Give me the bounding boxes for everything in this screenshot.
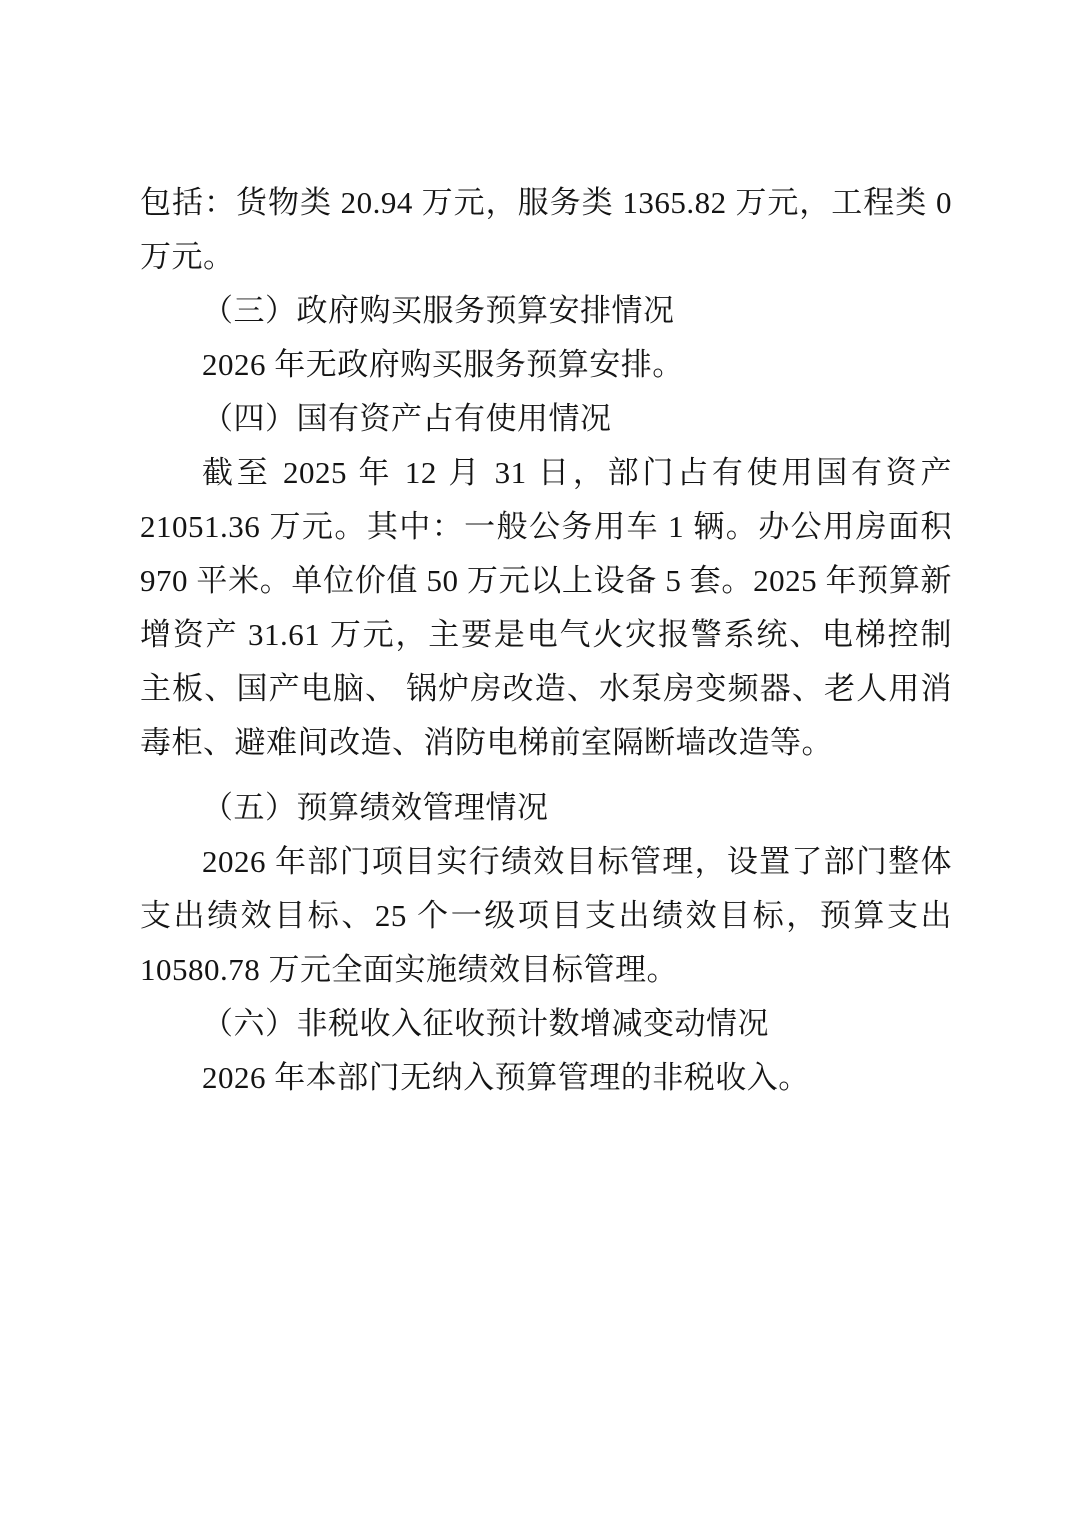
paragraph-gov-purchase-services-statement: 2026 年无政府购买服务预算安排。 (140, 338, 952, 392)
paragraph-state-assets-detail: 截至 2025 年 12 月 31 日，部门占有使用国有资产 21051.36 … (140, 446, 952, 770)
paragraph-nontax-revenue-statement: 2026 年本部门无纳入预算管理的非税收入。 (140, 1051, 952, 1105)
heading-section-three-gov-purchase-services: （三）政府购买服务预算安排情况 (140, 284, 952, 338)
document-text-block: 包括：货物类 20.94 万元，服务类 1365.82 万元，工程类 0 万元。… (140, 176, 952, 1105)
paragraph-budget-performance-detail: 2026 年部门项目实行绩效目标管理，设置了部门整体支出绩效目标、25 个一级项… (140, 835, 952, 997)
heading-section-four-state-assets: （四）国有资产占有使用情况 (140, 392, 952, 446)
heading-section-five-budget-performance: （五）预算绩效管理情况 (140, 781, 952, 835)
paragraph-procurement-breakdown: 包括：货物类 20.94 万元，服务类 1365.82 万元，工程类 0 万元。 (140, 176, 952, 284)
heading-section-six-nontax-revenue: （六）非税收入征收预计数增减变动情况 (140, 997, 952, 1051)
document-page: 包括：货物类 20.94 万元，服务类 1365.82 万元，工程类 0 万元。… (0, 0, 1074, 1520)
